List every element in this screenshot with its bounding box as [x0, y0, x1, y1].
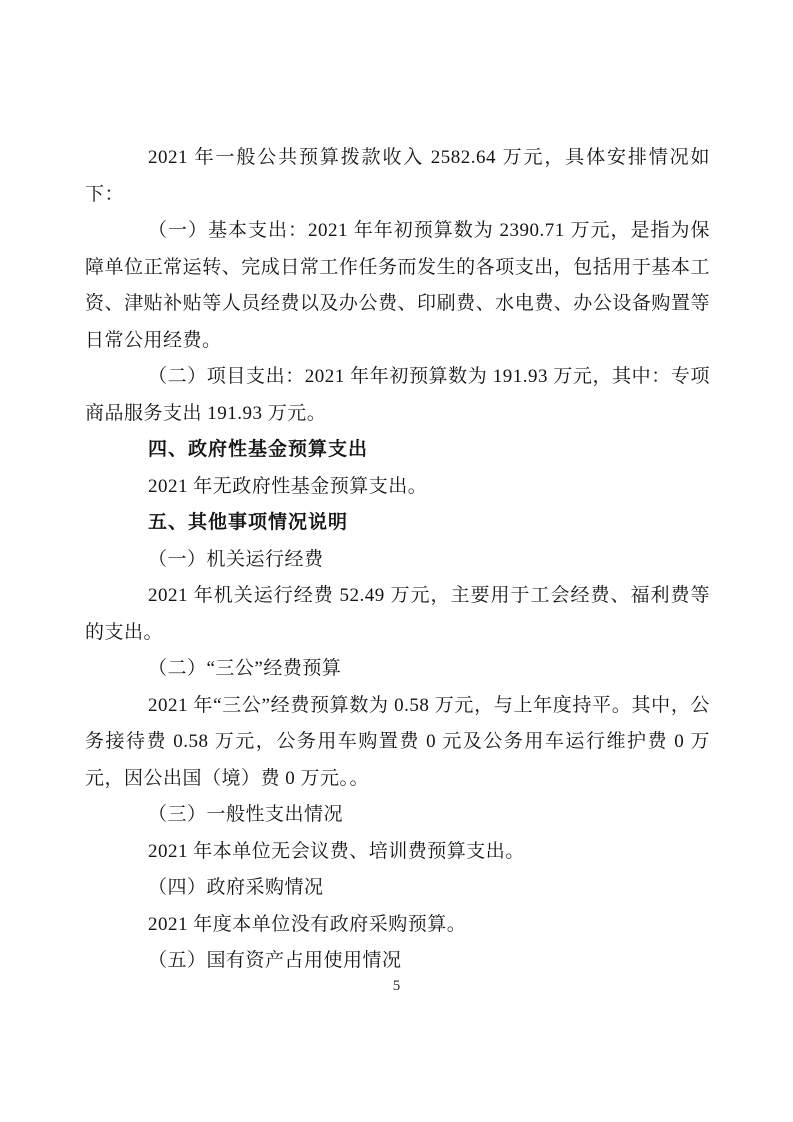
paragraph-agency-operating: 2021 年机关运行经费 52.49 万元，主要用于工会经费、福利费等的支出。 [85, 578, 710, 651]
page-number: 5 [0, 976, 793, 996]
paragraph-basic-expenditure: （一）基本支出：2021 年年初预算数为 2390.71 万元，是指为保障单位正… [85, 213, 710, 359]
document-body: 2021 年一般公共预算拨款收入 2582.64 万元，具体安排情况如下： （一… [85, 140, 710, 980]
document-page: 2021 年一般公共预算拨款收入 2582.64 万元，具体安排情况如下： （一… [0, 0, 793, 1122]
paragraph-project-expenditure: （二）项目支出：2021 年年初预算数为 191.93 万元，其中：专项商品服务… [85, 359, 710, 432]
subheading-general-expenditure: （三）一般性支出情况 [85, 797, 710, 834]
subheading-three-public: （二）“三公”经费预算 [85, 651, 710, 688]
section-heading-5: 五、其他事项情况说明 [85, 505, 710, 542]
subheading-state-assets: （五）国有资产占用使用情况 [85, 943, 710, 980]
subheading-gov-procurement: （四）政府采购情况 [85, 870, 710, 907]
paragraph-three-public: 2021 年“三公”经费预算数为 0.58 万元，与上年度持平。其中，公务接待费… [85, 688, 710, 798]
paragraph-general-expenditure: 2021 年本单位无会议费、培训费预算支出。 [85, 834, 710, 871]
paragraph-gov-procurement: 2021 年度本单位没有政府采购预算。 [85, 907, 710, 944]
subheading-agency-operating: （一）机关运行经费 [85, 542, 710, 579]
section-heading-4: 四、政府性基金预算支出 [85, 432, 710, 469]
paragraph-gov-fund: 2021 年无政府性基金预算支出。 [85, 469, 710, 506]
paragraph-budget-income: 2021 年一般公共预算拨款收入 2582.64 万元，具体安排情况如下： [85, 140, 710, 213]
